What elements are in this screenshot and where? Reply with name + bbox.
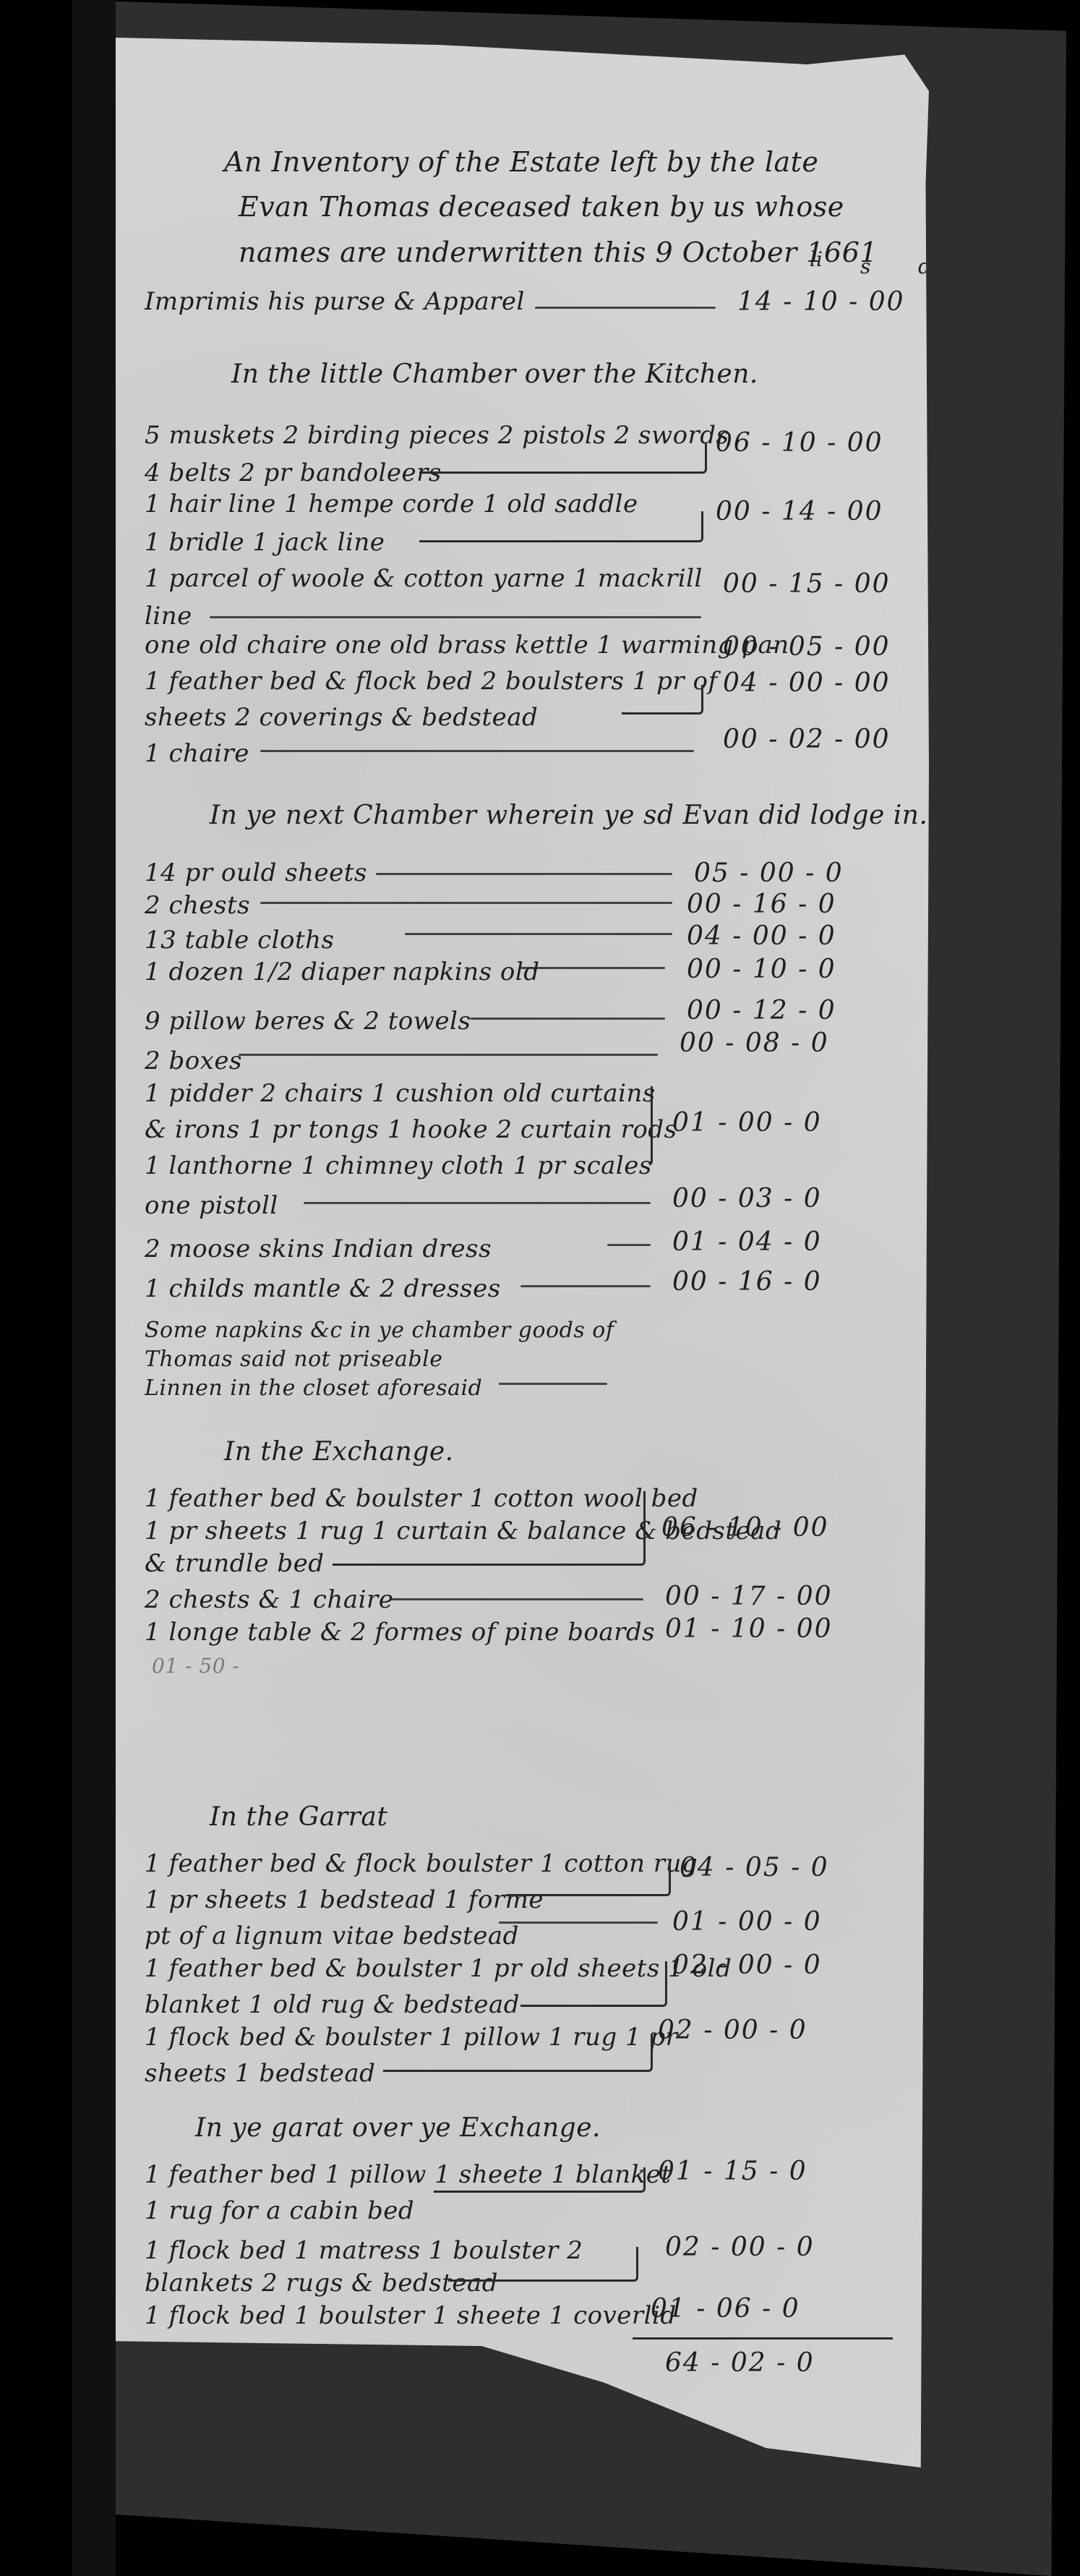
item-amount: 02 - 00 - 0 bbox=[672, 1950, 822, 1980]
title-line-3: names are underwritten this 9 October 16… bbox=[239, 236, 878, 268]
title-line-2: Evan Thomas deceased taken by us whose bbox=[239, 191, 844, 223]
inventory-item: 1 dozen 1/2 diaper napkins old bbox=[145, 958, 539, 986]
item-amount: 00 - 15 - 00 bbox=[723, 569, 891, 599]
inventory-item: sheets 2 coverings & bedstead bbox=[145, 703, 538, 732]
leader-line bbox=[470, 1018, 665, 1020]
margin-note: 01 - 50 - bbox=[152, 1654, 239, 1678]
item-amount: 06 - 10 - 00 bbox=[661, 1513, 829, 1543]
inventory-item: 2 chests bbox=[145, 891, 250, 920]
item-amount: 00 - 14 - 00 bbox=[716, 497, 883, 526]
inventory-item: 14 pr ould sheets bbox=[145, 858, 367, 887]
grouping-brace bbox=[383, 2034, 653, 2072]
inventory-item: 1 pr sheets 1 bedstead 1 forme bbox=[145, 1885, 544, 1914]
grouping-brace bbox=[419, 443, 707, 474]
inventory-item: sheets 1 bedstead bbox=[145, 2059, 375, 2088]
section-heading-little-chamber: In the little Chamber over the Kitchen. bbox=[231, 359, 758, 389]
item-amount: 00 - 16 - 0 bbox=[672, 1267, 822, 1297]
leader-line bbox=[520, 1285, 651, 1287]
item-amount: 02 - 00 - 0 bbox=[658, 2016, 807, 2045]
inventory-item: 2 chests & 1 chaire bbox=[145, 1585, 393, 1614]
left-shadow-strip bbox=[72, 0, 116, 2576]
leader-line bbox=[520, 967, 665, 969]
grouping-brace bbox=[419, 511, 703, 542]
grouping-brace bbox=[586, 1086, 653, 1166]
inventory-item: blanket 1 old rug & bedstead bbox=[145, 1990, 520, 2019]
item-amount: 06 - 10 - 00 bbox=[716, 428, 883, 458]
leader-line bbox=[607, 1244, 651, 1246]
item-amount: 01 - 06 - 0 bbox=[651, 2294, 800, 2324]
inventory-item: 1 childs mantle & 2 dresses bbox=[145, 1274, 501, 1303]
item-amount: 01 - 00 - 0 bbox=[672, 1907, 822, 1937]
item-amount: 05 - 00 - 0 bbox=[694, 858, 844, 888]
item-amount: 00 - 16 - 0 bbox=[687, 890, 836, 919]
opening-item-amount: 14 - 10 - 00 bbox=[737, 287, 905, 317]
inventory-item: one old chaire one old brass kettle 1 wa… bbox=[145, 631, 789, 660]
opening-item-text: Imprimis his purse & Apparel bbox=[145, 287, 525, 316]
section-heading-garat-over-exchange: In ye garat over ye Exchange. bbox=[195, 2113, 601, 2143]
leader-line bbox=[390, 1598, 643, 1600]
inventory-item: 1 bridle 1 jack line bbox=[145, 528, 385, 557]
leader-line bbox=[260, 902, 672, 904]
section-heading-exchange: In the Exchange. bbox=[224, 1437, 454, 1467]
item-amount: 01 - 10 - 00 bbox=[665, 1614, 833, 1644]
item-amount: 01 - 04 - 0 bbox=[672, 1227, 822, 1257]
inventory-item: blankets 2 rugs & bedstead bbox=[145, 2269, 498, 2298]
item-amount: 04 - 00 - 0 bbox=[687, 921, 836, 951]
grouping-brace bbox=[448, 2247, 638, 2282]
grouping-brace bbox=[622, 685, 703, 715]
inventory-item: 1 flock bed 1 boulster 1 sheete 1 coverl… bbox=[145, 2301, 677, 2330]
item-amount: 00 - 03 - 0 bbox=[672, 1184, 822, 1214]
units-shillings-label: s bbox=[860, 255, 870, 278]
inventory-item: 1 pidder 2 chairs 1 cushion old curtains bbox=[145, 1079, 656, 1108]
inventory-note: Linnen in the closet aforesaid bbox=[145, 1376, 482, 1401]
grouping-brace bbox=[333, 1491, 646, 1566]
inventory-item: 4 belts 2 pr bandoleers bbox=[145, 459, 442, 487]
grouping-brace bbox=[434, 2167, 646, 2193]
inventory-item: 2 boxes bbox=[145, 1046, 242, 1075]
item-amount: 04 - 00 - 00 bbox=[723, 668, 891, 698]
leader-line bbox=[376, 873, 672, 875]
item-amount: 01 - 15 - 0 bbox=[658, 2157, 807, 2186]
leader-line bbox=[210, 616, 701, 618]
title-line-1: An Inventory of the Estate left by the l… bbox=[224, 146, 818, 178]
grouping-brace bbox=[520, 1961, 667, 2007]
item-amount: 00 - 17 - 00 bbox=[665, 1582, 833, 1611]
inventory-item: 1 longe table & 2 formes of pine boards bbox=[145, 1618, 655, 1647]
leader-line bbox=[499, 1922, 658, 1924]
inventory-item: 1 parcel of woole & cotton yarne 1 mackr… bbox=[145, 564, 703, 593]
inventory-total: 64 - 02 - 0 bbox=[665, 2348, 815, 2378]
leader-line bbox=[239, 1054, 658, 1056]
inventory-item: 1 chaire bbox=[145, 739, 249, 768]
inventory-item: & trundle bed bbox=[145, 1549, 325, 1578]
section-heading-next-chamber: In ye next Chamber wherein ye sd Evan di… bbox=[210, 801, 927, 830]
leader-line bbox=[499, 1383, 607, 1385]
item-amount: 02 - 00 - 0 bbox=[665, 2232, 815, 2262]
total-rule bbox=[633, 2337, 893, 2340]
manuscript-page: An Inventory of the Estate left by the l… bbox=[116, 38, 929, 2468]
inventory-item: 2 moose skins Indian dress bbox=[145, 1234, 492, 1263]
item-amount: 00 - 02 - 00 bbox=[723, 725, 891, 754]
leader-line bbox=[260, 750, 694, 752]
grouping-brace bbox=[506, 1864, 671, 1896]
inventory-note: Thomas said not priseable bbox=[145, 1347, 442, 1372]
inventory-item: 13 table cloths bbox=[145, 926, 334, 955]
inventory-item: pt of a lignum vitae bedstead bbox=[145, 1922, 519, 1950]
section-heading-garrat: In the Garrat bbox=[210, 1802, 387, 1832]
units-pounds-label: li bbox=[810, 247, 823, 271]
item-amount: 00 - 10 - 0 bbox=[687, 955, 836, 984]
item-amount: 04 - 05 - 0 bbox=[680, 1853, 829, 1882]
leader-line bbox=[405, 933, 672, 935]
inventory-item: 9 pillow beres & 2 towels bbox=[145, 1007, 471, 1036]
leader-line bbox=[304, 1202, 651, 1204]
inventory-item: 1 lanthorne 1 chimney cloth 1 pr scales bbox=[145, 1151, 652, 1180]
inventory-note: Some napkins &c in ye chamber goods of bbox=[145, 1318, 614, 1343]
item-amount: 00 - 05 - 00 bbox=[723, 632, 891, 662]
item-amount: 01 - 00 - 0 bbox=[672, 1108, 822, 1138]
inventory-item: 1 rug for a cabin bed bbox=[145, 2196, 414, 2225]
item-amount: 00 - 08 - 0 bbox=[680, 1028, 829, 1058]
item-amount: 00 - 12 - 0 bbox=[687, 996, 836, 1025]
leader-line bbox=[535, 307, 716, 309]
inventory-item: one pistoll bbox=[145, 1191, 278, 1220]
inventory-item: line bbox=[145, 602, 192, 631]
